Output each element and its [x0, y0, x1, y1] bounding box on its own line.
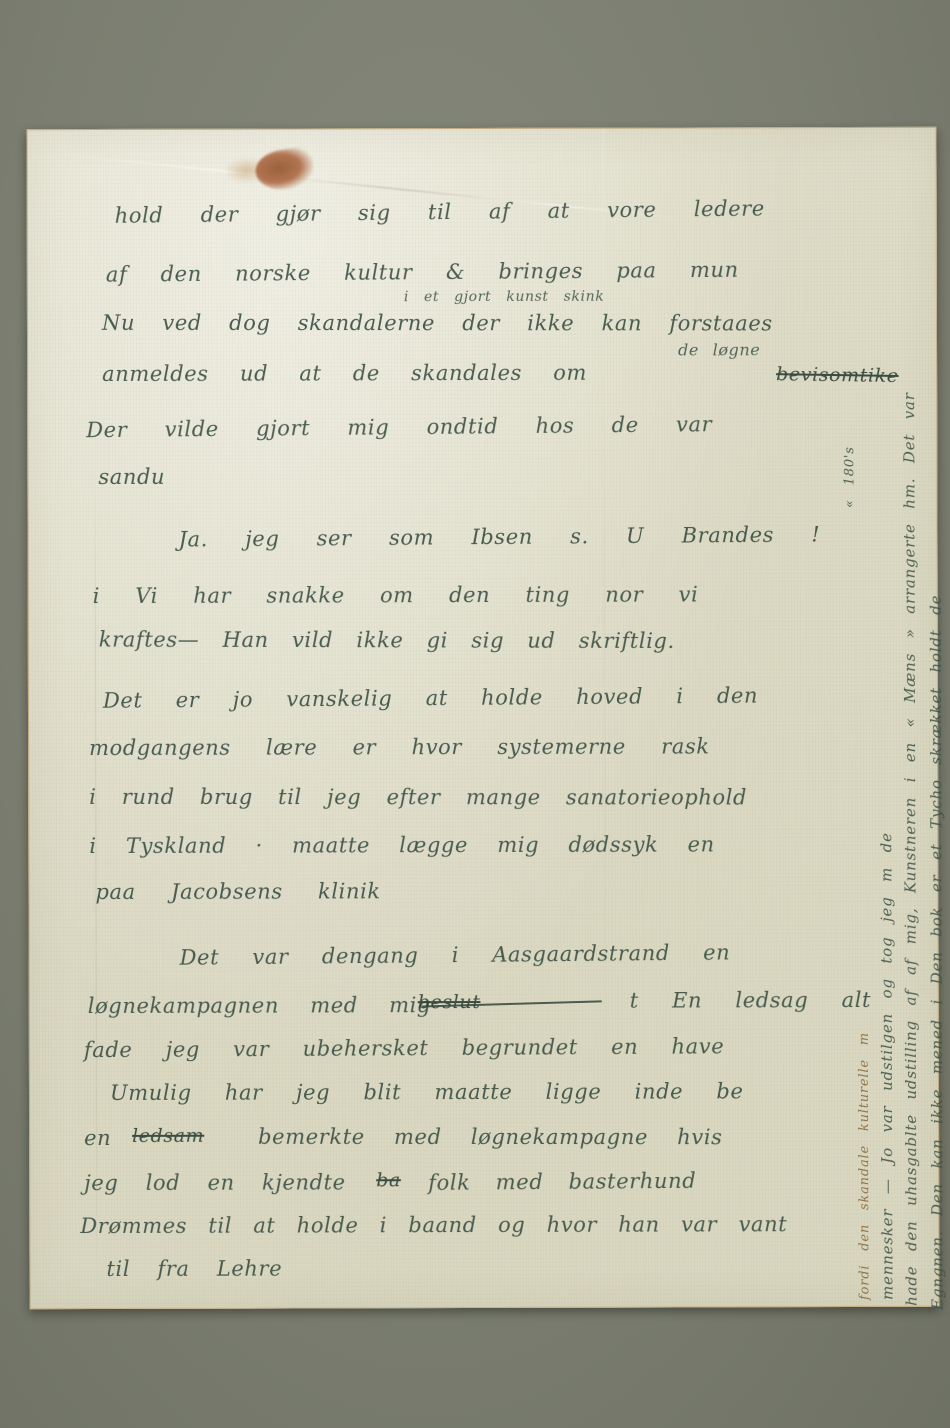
body-line-13: i Tyskland · maatte lægge mig dødssyk en	[89, 834, 714, 857]
superscript-note: de løgne	[678, 342, 760, 358]
body-line-15: Det var dengang i Aasgaardstrand en	[180, 942, 731, 968]
body-line-10: Det er jo vanskelig at holde hoved i den	[103, 686, 758, 712]
body-line-11: modgangens lære er hvor systemerne rask	[89, 736, 710, 759]
body-line-9: kraftes— Han vild ikke gi sig ud skriftl…	[99, 629, 675, 652]
margin-note-middle: hade den uhasgablte udstilling af af mig…	[902, 392, 919, 1306]
letter-paper: hold der gjør sig til af at vore ledere …	[26, 127, 939, 1309]
struck-word-4: ba	[376, 1171, 401, 1190]
body-line-14: paa Jacobsens klinik	[95, 881, 380, 903]
body-line-6: sandu	[98, 467, 165, 488]
body-line-8: i Vi har snakke om den ting nor vi	[93, 584, 699, 607]
margin-note-outer: Egngnen. Den kan ikke mened i Den bok er…	[929, 595, 946, 1310]
body-line-16b: t En ledsag alt	[630, 990, 871, 1012]
ink-stain	[253, 146, 316, 194]
body-line-20: jeg lod en kjendte	[84, 1172, 346, 1194]
struck-word-2: beslut	[418, 993, 481, 1012]
body-line-19: en	[84, 1128, 111, 1149]
struck-word-3: ledsam	[132, 1127, 204, 1146]
body-line-3: Nu ved dog skandalerne der ikke kan fors…	[102, 313, 773, 335]
margin-note-180s: « 180's	[843, 446, 856, 508]
margin-note-inner: mennesker — Jo var udstilgen og tog jeg …	[879, 832, 895, 1300]
struck-word-1: bevisomtike	[776, 365, 899, 386]
interline-note: i et gjort kunst skink	[404, 290, 604, 305]
body-line-18: Umulig har jeg blit maatte ligge inde be	[110, 1081, 744, 1104]
margin-note-brown: fordi den skandale kulturelle m	[858, 1032, 872, 1300]
body-line-21: Drømmes til at holde i baand og hvor han…	[80, 1214, 787, 1237]
body-line-19b: bemerkte med løgnekampagne hvis	[258, 1127, 722, 1148]
body-line-2: af den norske kultur & bringes paa mun	[106, 260, 739, 286]
body-line-17: fade jeg var ubehersket begrundet en hav…	[84, 1036, 724, 1061]
body-line-16: løgnekampagnen med mig	[88, 995, 431, 1017]
body-line-4: anmeldes ud at de skandales om	[102, 363, 587, 385]
body-line-5: Der vilde gjort mig ondtid hos de var	[86, 414, 712, 441]
body-line-1: hold der gjør sig til af at vore ledere	[115, 198, 765, 226]
body-line-12: i rund brug til jeg efter mange sanatori…	[89, 787, 747, 809]
body-line-22: til fra Lehre	[106, 1259, 282, 1280]
body-line-20b: folk med basterhund	[428, 1171, 696, 1194]
body-line-7: Ja. jeg ser som Ibsen s. U Brandes !	[178, 524, 820, 550]
photo-background: hold der gjør sig til af at vore ledere …	[0, 0, 950, 1428]
